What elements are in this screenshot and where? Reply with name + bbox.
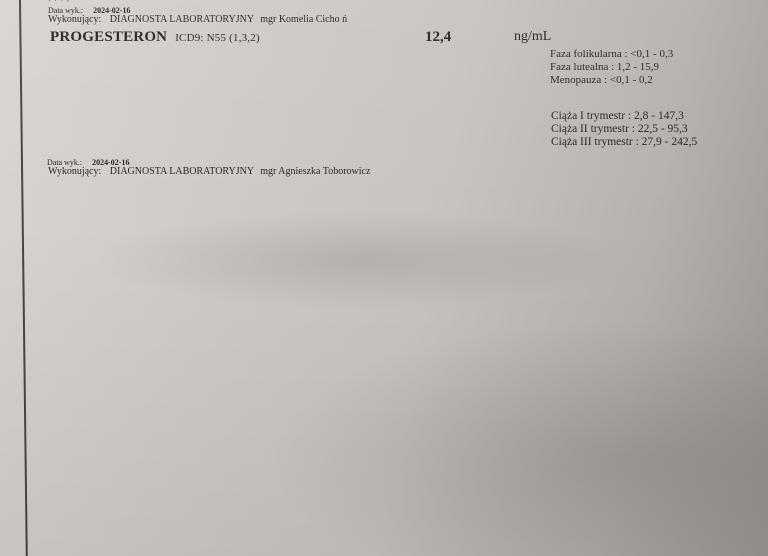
test-name-row: PROGESTERON ICD9: N55 (1,3,2)	[50, 29, 260, 46]
pregnancy-range-trimester-2: Ciąża II trymestr : 22,5 - 95,3	[551, 123, 697, 136]
pregnancy-range-trimester-3: Ciąża III trymestr : 27,9 - 242,5	[551, 136, 697, 149]
reference-ranges: Faza folikularna : <0,1 - 0,3 Faza lutea…	[550, 48, 673, 87]
performer-role: DIAGNOSTA LABORATORYJNY	[110, 14, 254, 25]
reference-range-follicular: Faza folikularna : <0,1 - 0,3	[550, 48, 673, 61]
pregnancy-range-trimester-1: Ciąża I trymestr : 2,8 - 147,3	[551, 110, 697, 123]
page-margin-line	[19, 0, 27, 556]
performer-row: Wykonujący: DIAGNOSTA LABORATORYJNY mgr …	[48, 14, 347, 25]
test-name: PROGESTERON	[50, 29, 167, 45]
reference-range-menopause: Menopauza : <0,1 - 0,2	[550, 74, 673, 87]
performer-name: mgr Agnieszka Toborowicz	[260, 166, 370, 177]
previous-fragment: (1,3,2)	[48, 0, 69, 2]
performer-row: Wykonujący: DIAGNOSTA LABORATORYJNY mgr …	[48, 166, 370, 177]
test-unit: ng/mL	[514, 29, 551, 45]
test-value: 12,4	[425, 29, 451, 46]
test-icd: ICD9: N55 (1,3,2)	[175, 32, 260, 44]
performer-label: Wykonujący:	[48, 166, 101, 177]
reference-range-luteal: Faza lutealna : 1,2 - 15,9	[550, 61, 673, 74]
performer-name: mgr Komelia Cicho ń	[260, 14, 347, 25]
performer-label: Wykonujący:	[48, 14, 101, 25]
performer-role: DIAGNOSTA LABORATORYJNY	[110, 166, 254, 177]
pregnancy-ranges: Ciąża I trymestr : 2,8 - 147,3 Ciąża II …	[551, 110, 697, 149]
